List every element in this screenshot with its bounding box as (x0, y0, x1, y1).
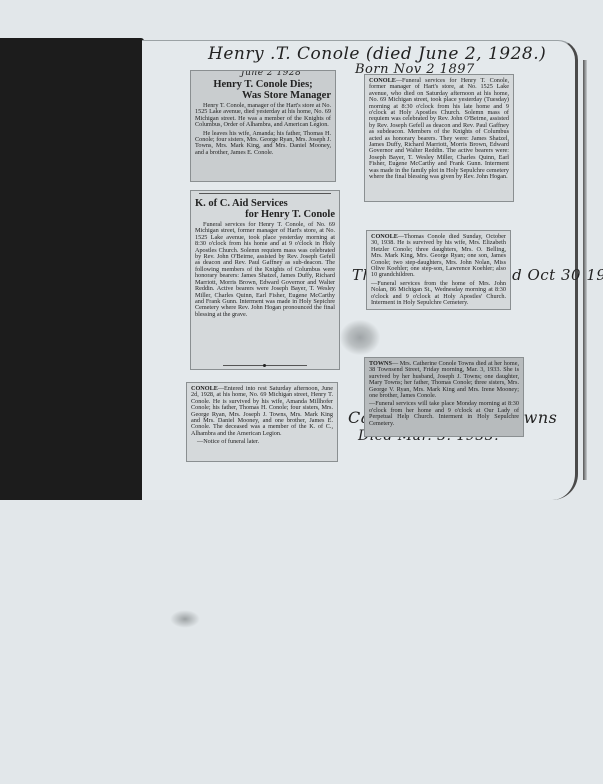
notice-body: —Thomas Conole died Sunday, October 30, … (371, 233, 506, 278)
handwriting-clip-date: June 2 1928 (241, 70, 301, 76)
notice-footer: —Notice of funeral later. (191, 439, 333, 445)
clipping-paragraph: —Funeral services from the home of Mrs. … (371, 281, 506, 307)
handwriting-henry-title: Henry .T. Conole (died June 2, 1928.) (208, 44, 546, 64)
notice-body: —Entered into rest Saturday afternoon, J… (191, 385, 333, 437)
clipping-paragraph: CONOLE—Thomas Conole died Sunday, Octobe… (371, 234, 506, 279)
clipping-catherine-towns: TOWNS— Mrs. Catherine Conole Towns died … (364, 357, 524, 437)
clipping-paragraph: Funeral services for Henry T. Conole, of… (195, 222, 335, 318)
headline-henry-dies-1: Henry T. Conole Dies; (195, 79, 331, 90)
clipping-henry-dies: June 2 1928 Henry T. Conole Dies; Was St… (190, 70, 336, 182)
clipping-thomas-conole: CONOLE—Thomas Conole died Sunday, Octobe… (366, 230, 511, 310)
clipping-paragraph: TOWNS— Mrs. Catherine Conole Towns died … (369, 361, 519, 399)
notice-body: — Mrs. Catherine Conole Towns died at he… (369, 360, 519, 399)
notice-body: —Funeral services for Henry T. Conole, f… (369, 77, 509, 180)
headline-kofc-2: for Henry T. Conole (195, 209, 335, 220)
headline-kofc-1: K. of C. Aid Services (195, 198, 335, 209)
ink-stain (340, 320, 380, 355)
paper-speck (170, 610, 200, 628)
clipping-paragraph: CONOLE—Entered into rest Saturday aftern… (191, 386, 333, 437)
clipping-paragraph: CONOLE—Funeral services for Henry T. Con… (369, 78, 509, 181)
dark-backing-panel (0, 38, 144, 500)
clipping-paragraph: —Funeral services will take place Monday… (369, 401, 519, 427)
clipping-henry-funeral-notice: CONOLE—Funeral services for Henry T. Con… (364, 74, 514, 202)
clipping-paragraph: Henry T. Conole, manager of the Hart's s… (195, 103, 331, 129)
clipping-henry-death-notice: CONOLE—Entered into rest Saturday aftern… (186, 382, 338, 462)
rule-dot (263, 364, 266, 367)
rule-top (199, 193, 331, 194)
clipping-paragraph: He leaves his wife, Amanda; his father, … (195, 131, 331, 157)
headline-henry-dies-2: Was Store Manager (195, 90, 331, 101)
clipping-kofc-services: K. of C. Aid Services for Henry T. Conol… (190, 190, 340, 370)
